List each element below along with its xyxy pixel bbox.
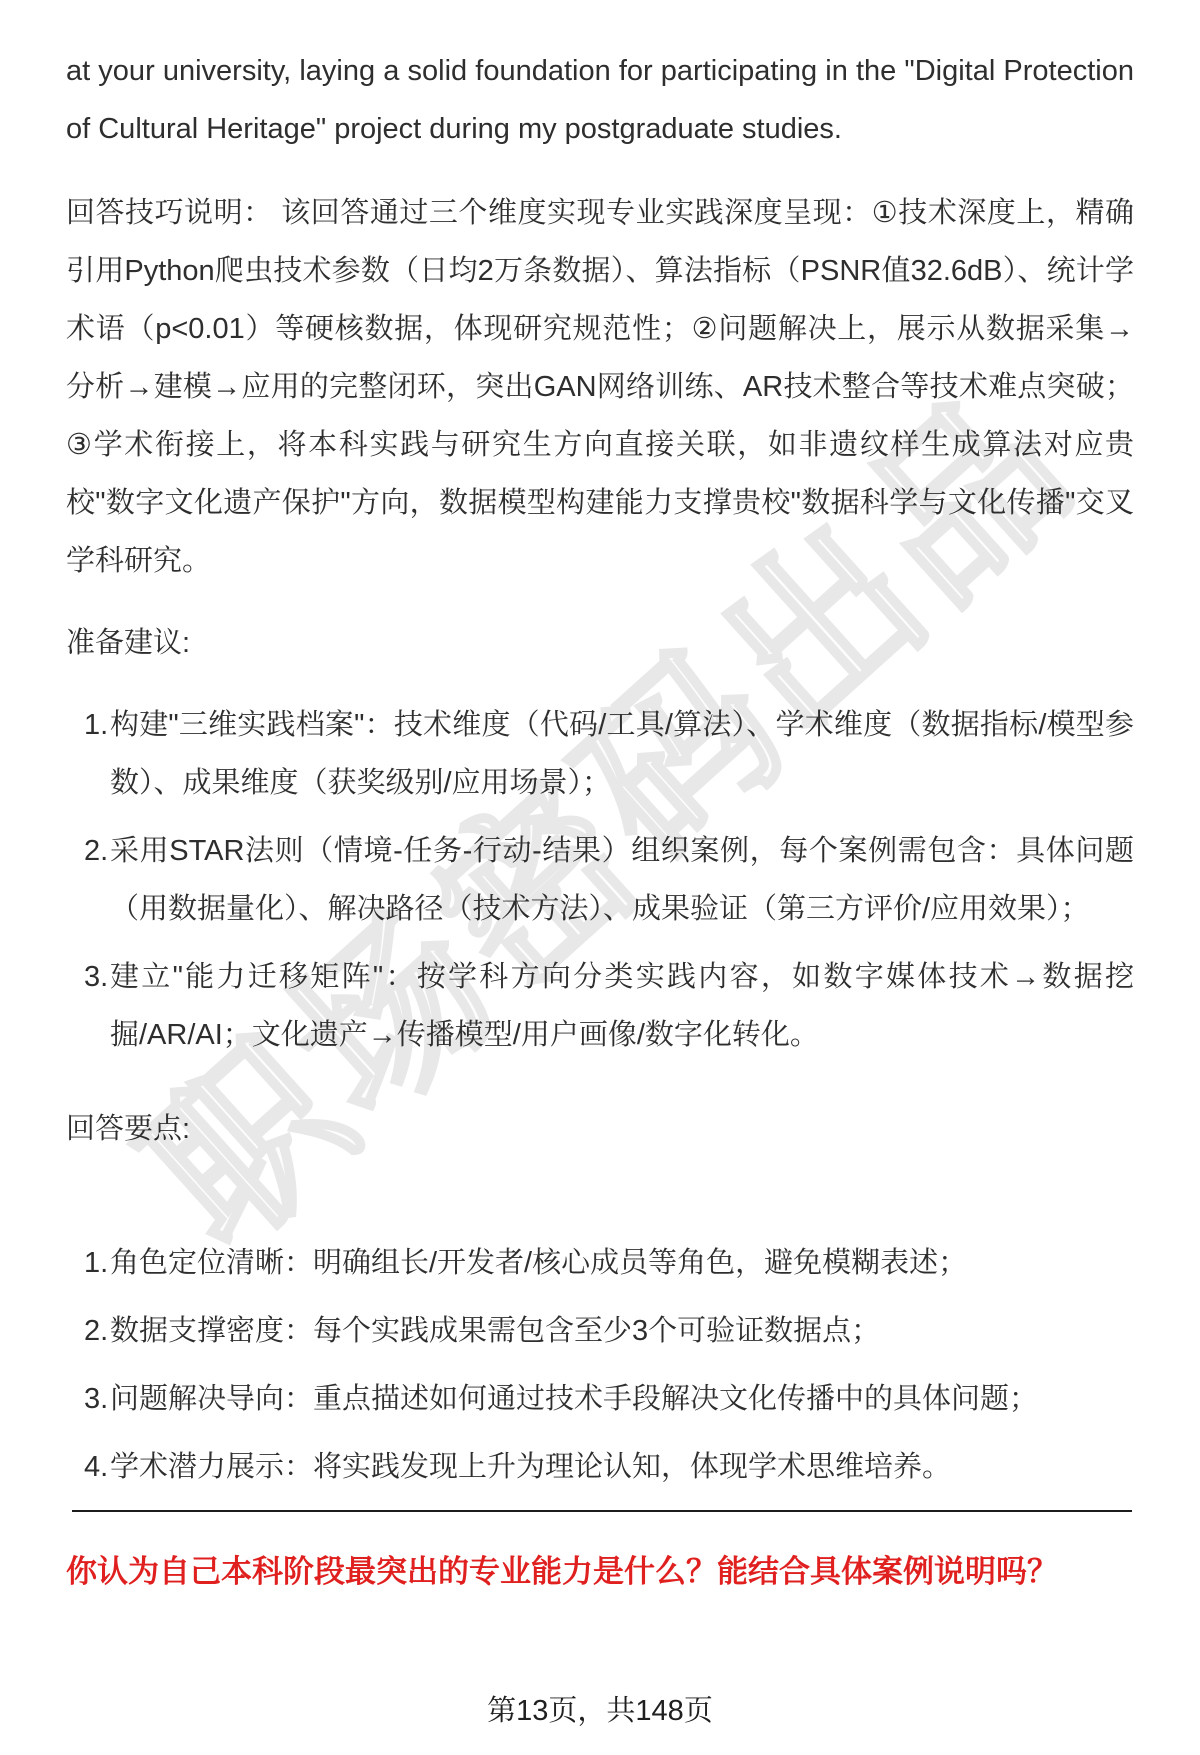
list-item-number: 4. [66, 1438, 110, 1496]
list-item-number: 2. [66, 1302, 110, 1360]
next-question-heading: 你认为自己本科阶段最突出的专业能力是什么？能结合具体案例说明吗？ [66, 1550, 1134, 1594]
list-item-text: 建立"能力迁移矩阵"：按学科方向分类实践内容，如数字媒体技术→数据挖掘/AR/A… [110, 948, 1134, 1064]
list-item-text: 问题解决导向：重点描述如何通过技术手段解决文化传播中的具体问题； [110, 1370, 1134, 1428]
section-divider [72, 1510, 1132, 1512]
paragraph-answer-technique: 回答技巧说明： 该回答通过三个维度实现专业实践深度呈现：①技术深度上，精确引用P… [66, 184, 1134, 590]
list-item-text: 构建"三维实践档案"：技术维度（代码/工具/算法）、学术维度（数据指标/模型参数… [110, 696, 1134, 812]
document-content: at your university, laying a solid found… [66, 42, 1134, 1594]
list-item-text: 学术潜力展示：将实践发现上升为理论认知，体现学术思维培养。 [110, 1438, 1134, 1496]
key-points-list: 1. 角色定位清晰：明确组长/开发者/核心成员等角色，避免模糊表述； 2. 数据… [66, 1234, 1134, 1496]
section-heading-key-points: 回答要点: [66, 1100, 1134, 1158]
list-item-number: 1. [66, 696, 110, 754]
list-item: 2. 采用STAR法则（情境-任务-行动-结果）组织案例，每个案例需包含：具体问… [66, 822, 1134, 938]
list-item: 2. 数据支撑密度：每个实践成果需包含至少3个可验证数据点； [66, 1302, 1134, 1360]
list-item-text: 角色定位清晰：明确组长/开发者/核心成员等角色，避免模糊表述； [110, 1234, 1134, 1292]
list-item-number: 3. [66, 948, 110, 1006]
list-item-text: 数据支撑密度：每个实践成果需包含至少3个可验证数据点； [110, 1302, 1134, 1360]
list-item: 1. 角色定位清晰：明确组长/开发者/核心成员等角色，避免模糊表述； [66, 1234, 1134, 1292]
list-item-number: 1. [66, 1234, 110, 1292]
list-item: 3. 建立"能力迁移矩阵"：按学科方向分类实践内容，如数字媒体技术→数据挖掘/A… [66, 948, 1134, 1064]
list-item: 1. 构建"三维实践档案"：技术维度（代码/工具/算法）、学术维度（数据指标/模… [66, 696, 1134, 812]
document-page: 职场密码出品 at your university, laying a soli… [0, 0, 1200, 1755]
section-heading-preparation: 准备建议: [66, 614, 1134, 672]
preparation-list: 1. 构建"三维实践档案"：技术维度（代码/工具/算法）、学术维度（数据指标/模… [66, 696, 1134, 1064]
page-number-indicator: 第13页，共148页 [0, 1688, 1200, 1729]
list-item-text: 采用STAR法则（情境-任务-行动-结果）组织案例，每个案例需包含：具体问题（用… [110, 822, 1134, 938]
list-item-number: 3. [66, 1370, 110, 1428]
list-item-number: 2. [66, 822, 110, 880]
list-item: 4. 学术潜力展示：将实践发现上升为理论认知，体现学术思维培养。 [66, 1438, 1134, 1496]
paragraph-english-closing: at your university, laying a solid found… [66, 42, 1134, 158]
list-item: 3. 问题解决导向：重点描述如何通过技术手段解决文化传播中的具体问题； [66, 1370, 1134, 1428]
